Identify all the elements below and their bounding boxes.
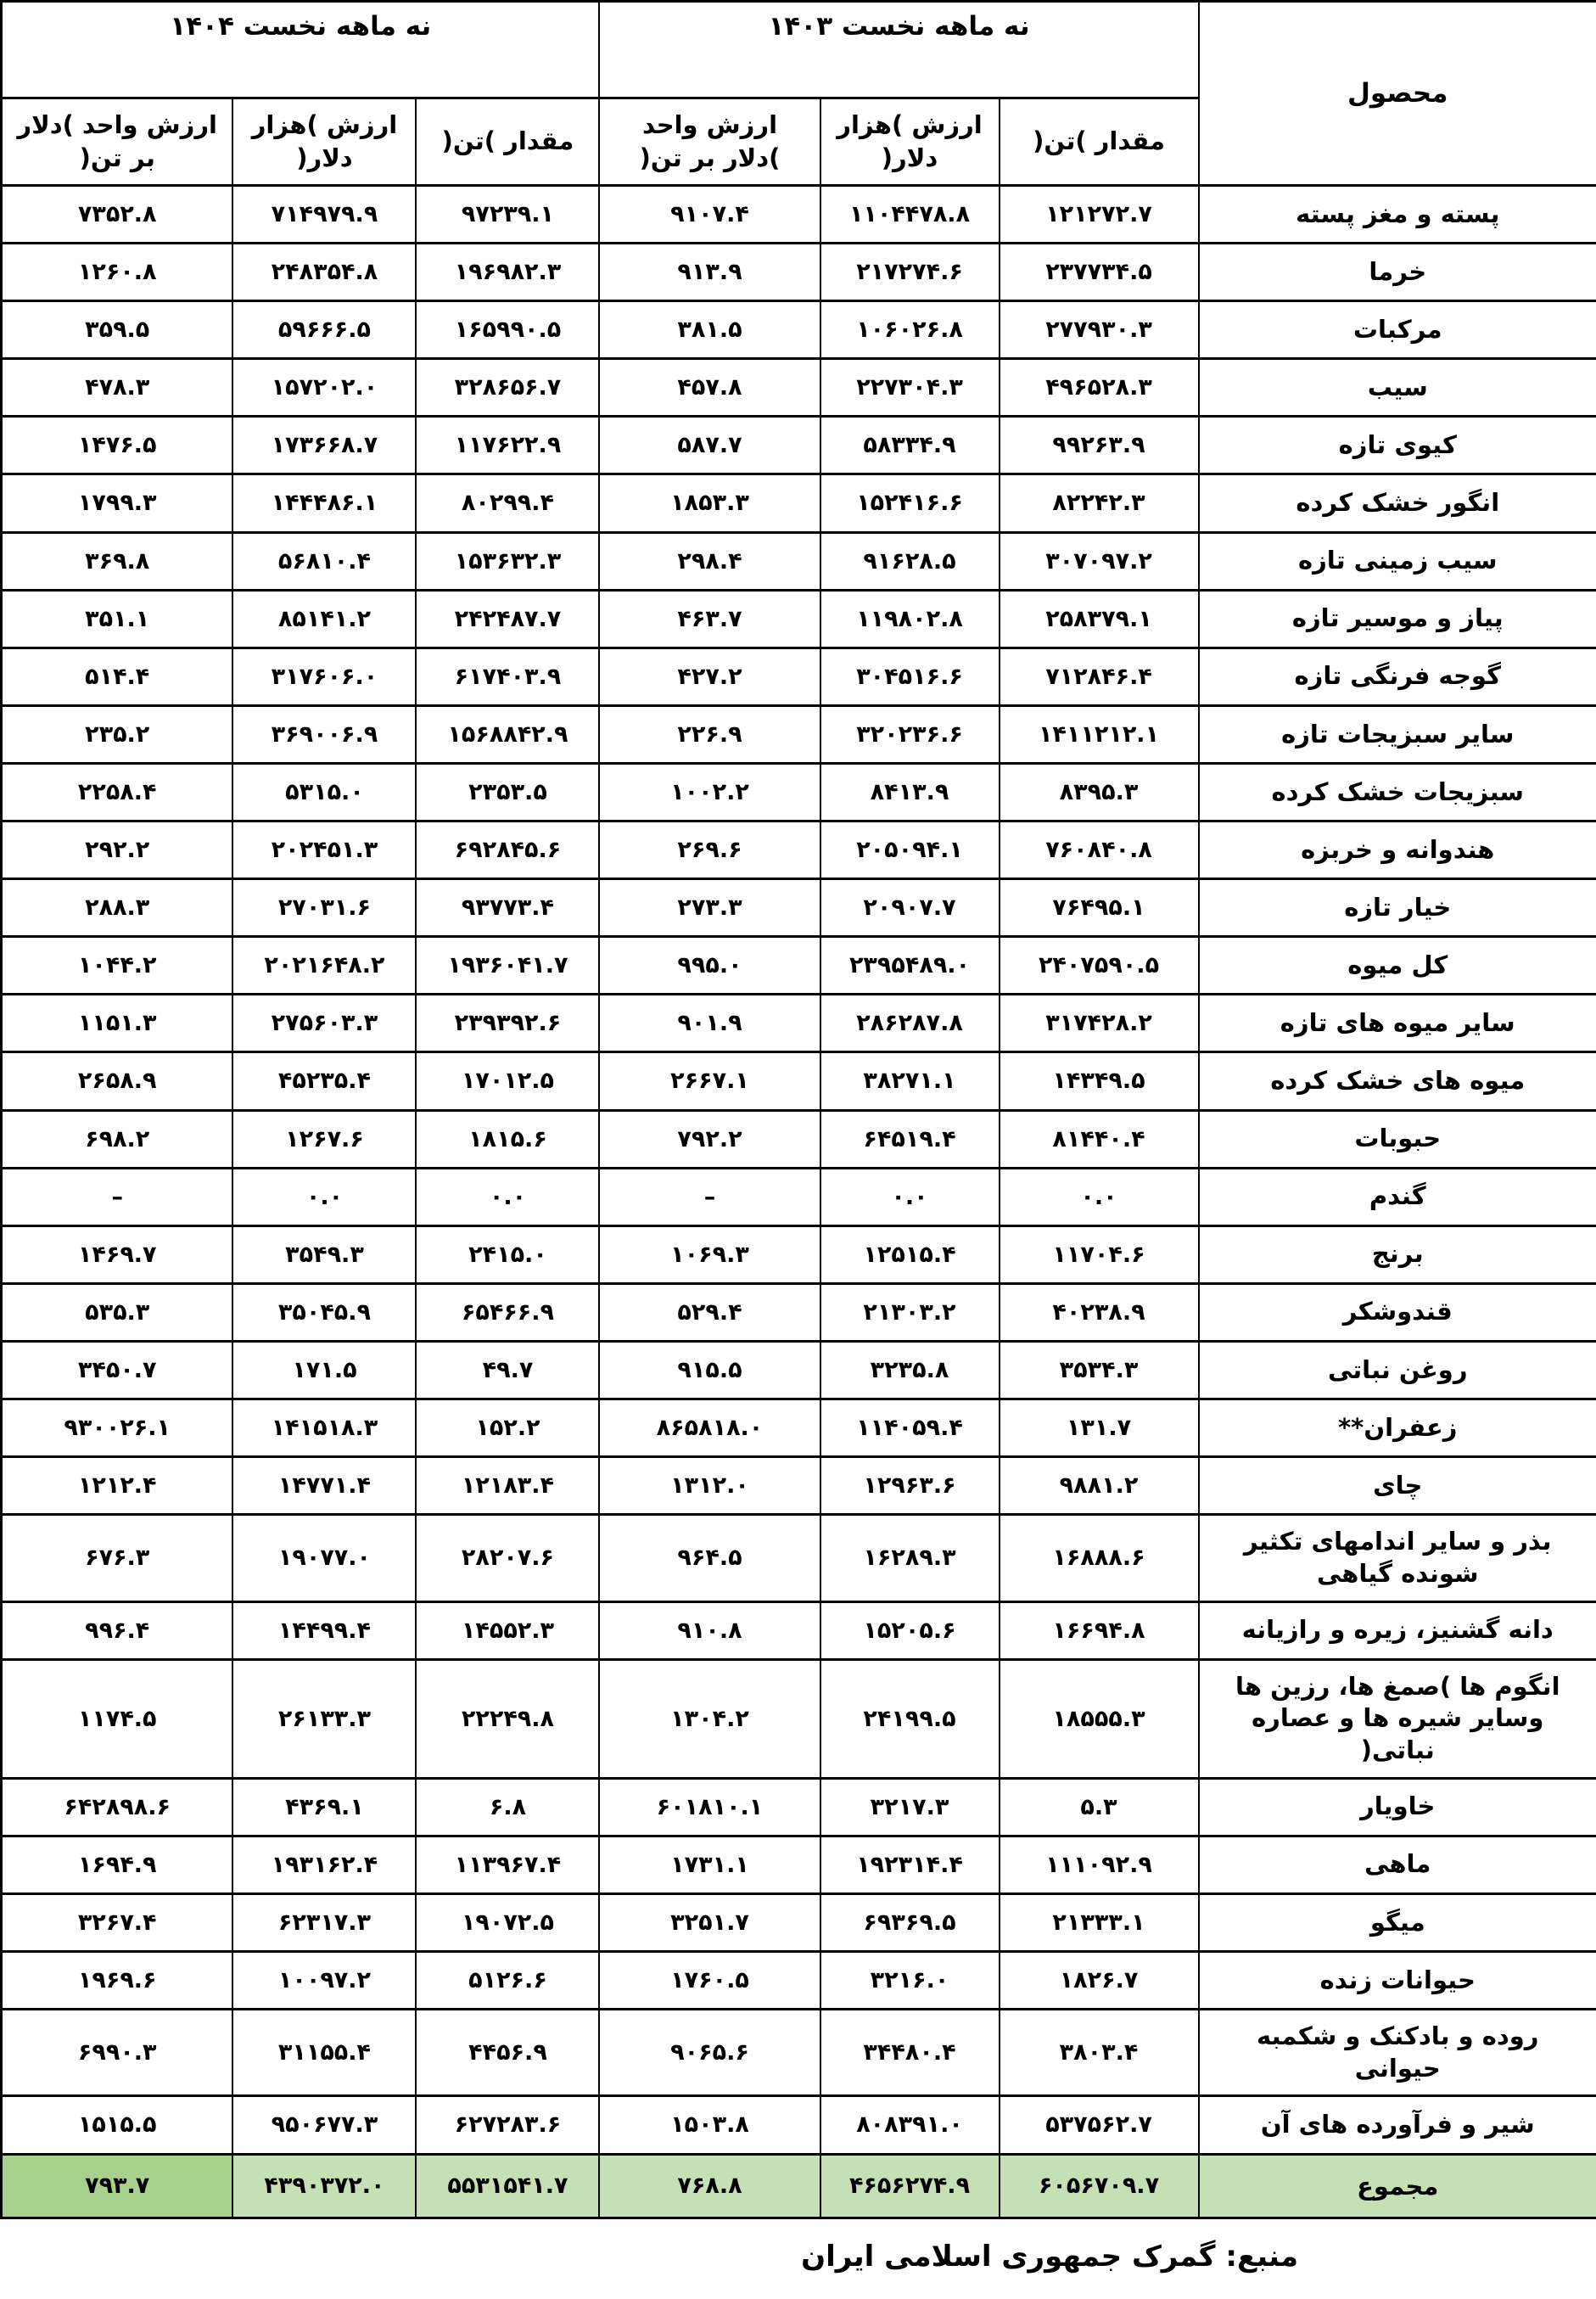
unit-1403-cell: – <box>596 1168 817 1225</box>
qty-1403-cell: ۸۳۹۵.۳ <box>997 763 1196 821</box>
qty-1403-cell: ۸۲۲۴۲.۳ <box>997 474 1196 532</box>
qty-1403-cell: ۱۱۱۰۹۲.۹ <box>997 1836 1196 1893</box>
qty-1403-cell: ۱۴۱۱۲۱۲.۱ <box>997 705 1196 763</box>
table-row: بذر و سایر اندامهای تکثیر شونده گیاهی۱۶۸… <box>0 1515 1595 1601</box>
qty-1404-cell: ۴۴۵۶.۹ <box>413 2010 596 2096</box>
unit-1404-cell: ۹۳۰۰۲۶.۱ <box>0 1399 230 1456</box>
table-row: روده و بادکنک و شکمبه حیوانی۳۸۰۳.۴۳۴۴۸۰.… <box>0 2010 1595 2096</box>
table-row: شیر و فرآورده های آن۵۳۷۵۶۲.۷۸۰۸۳۹۱.۰۱۵۰۳… <box>0 2096 1595 2154</box>
qty-1404-cell: ۴۹.۷ <box>413 1341 596 1399</box>
unit-1404-cell: ۶۹۸.۲ <box>0 1110 230 1168</box>
product-cell: کیوی تازه <box>1196 417 1595 474</box>
unit-1403-cell: ۷۹۲.۲ <box>596 1110 817 1168</box>
total-qty-1403-cell: ۶۰۵۶۷۰۹.۷ <box>997 2154 1196 2218</box>
unit-1404-cell: ۱۲۱۲.۴ <box>0 1457 230 1515</box>
table-footer: مجموع ۶۰۵۶۷۰۹.۷ ۴۶۵۶۲۷۴.۹ ۷۶۸.۸ ۵۵۳۱۵۴۱.… <box>0 2154 1595 2218</box>
table-row: حیوانات زنده۱۸۲۶.۷۳۲۱۶.۰۱۷۶۰.۵۵۱۲۶.۶۱۰۰۹… <box>0 1951 1595 2009</box>
value-1403-cell: ۱۲۹۶۳.۶ <box>818 1457 997 1515</box>
value-1404-cell: ۱۴۴۹۹.۴ <box>230 1601 413 1659</box>
value-1404-cell: ۱۵۷۲۰۲.۰ <box>230 359 413 417</box>
qty-1404-cell: ۲۴۱۵.۰ <box>413 1225 596 1283</box>
unit-1404-cell: ۱۴۶۹.۷ <box>0 1225 230 1283</box>
qty-1404-cell: ۱۱۷۶۲۲.۹ <box>413 417 596 474</box>
qty-1404-cell: ۲۲۲۴۹.۸ <box>413 1659 596 1778</box>
qty-1403-cell: ۴۰۲۳۸.۹ <box>997 1283 1196 1341</box>
unit-1404-cell: ۷۳۵۲.۸ <box>0 186 230 244</box>
product-cell: هندوانه و خربزه <box>1196 821 1595 879</box>
value-1404-cell: ۳۱۱۵۵.۴ <box>230 2010 413 2096</box>
table-row: پیاز و موسیر تازه۲۵۸۳۷۹.۱۱۱۹۸۰۲.۸۴۶۳.۷۲۴… <box>0 590 1595 648</box>
value-1403-cell: ۳۰۴۵۱۶.۶ <box>818 648 997 705</box>
qty-1403-cell: ۱۶۶۹۴.۸ <box>997 1601 1196 1659</box>
unit-1404-cell: ۶۴۲۸۹۸.۶ <box>0 1778 230 1836</box>
product-cell: برنج <box>1196 1225 1595 1283</box>
value-1403-cell: ۱۵۲۴۱۶.۶ <box>818 474 997 532</box>
unit-1404-cell: ۱۰۴۴.۲ <box>0 937 230 995</box>
qty-1404-cell: ۶۲۷۲۸۳.۶ <box>413 2096 596 2154</box>
product-cell: حبوبات <box>1196 1110 1595 1168</box>
value-1403-cell: ۲۰۵۰۹۴.۱ <box>818 821 997 879</box>
table-row: ماهی۱۱۱۰۹۲.۹۱۹۲۳۱۴.۴۱۷۳۱.۱۱۱۳۹۶۷.۴۱۹۳۱۶۲… <box>0 1836 1595 1893</box>
qty-1404-cell: ۱۷۰۱۲.۵ <box>413 1052 596 1110</box>
qty-1403-cell: ۳۱۷۴۲۸.۲ <box>997 995 1196 1052</box>
unit-1404-cell: ۲۶۵۸.۹ <box>0 1052 230 1110</box>
value-1403-cell: ۳۸۲۷۱.۱ <box>818 1052 997 1110</box>
qty-1403-cell: ۳۵۳۴.۳ <box>997 1341 1196 1399</box>
product-cell: سایر سبزیجات تازه <box>1196 705 1595 763</box>
unit-1404-cell: ۶۷۶.۳ <box>0 1515 230 1601</box>
product-cell: پیاز و موسیر تازه <box>1196 590 1595 648</box>
qty-1404-cell: ۱۶۵۹۹۰.۵ <box>413 301 596 359</box>
qty-1404-cell: ۹۳۷۷۳.۴ <box>413 879 596 937</box>
unit-1403-cell: ۴۵۷.۸ <box>596 359 817 417</box>
qty-1404-cell: ۱۵۲.۲ <box>413 1399 596 1456</box>
value-1403-cell: ۱۱۹۸۰۲.۸ <box>818 590 997 648</box>
unit-1404-cell: ۳۴۵۰.۷ <box>0 1341 230 1399</box>
export-table: محصول نه ماهه نخست ۱۴۰۳ نه ماهه نخست ۱۴۰… <box>0 0 1596 2219</box>
product-cell: سبزیجات خشک کرده <box>1196 763 1595 821</box>
qty-1404-cell: ۱۲۱۸۳.۴ <box>413 1457 596 1515</box>
unit-1404-header: ارزش واحد )دلار بر تن( <box>0 98 230 186</box>
product-cell: سایر میوه های تازه <box>1196 995 1595 1052</box>
value-1403-cell: ۸۰۸۳۹۱.۰ <box>818 2096 997 2154</box>
product-cell: گوجه فرنگی تازه <box>1196 648 1595 705</box>
product-cell: زعفران** <box>1196 1399 1595 1456</box>
product-cell: چای <box>1196 1457 1595 1515</box>
value-1404-cell: ۱۷۳۶۶۸.۷ <box>230 417 413 474</box>
table-row: دانه گشنیز، زیره و رازیانه۱۶۶۹۴.۸۱۵۲۰۵.۶… <box>0 1601 1595 1659</box>
qty-1404-cell: ۶۱۷۴۰۳.۹ <box>413 648 596 705</box>
product-cell: کل میوه <box>1196 937 1595 995</box>
qty-1403-cell: ۷۱۲۸۴۶.۴ <box>997 648 1196 705</box>
unit-1404-cell: ۱۵۱۵.۵ <box>0 2096 230 2154</box>
qty-1403-cell: ۱۸۵۵۵.۳ <box>997 1659 1196 1778</box>
value-1404-cell: ۱۷۱.۵ <box>230 1341 413 1399</box>
value-1403-cell: ۱۲۵۱۵.۴ <box>818 1225 997 1283</box>
unit-1404-cell: ۶۹۹۰.۳ <box>0 2010 230 2096</box>
document-page: محصول نه ماهه نخست ۱۴۰۳ نه ماهه نخست ۱۴۰… <box>0 0 1596 2299</box>
unit-1403-cell: ۴۲۷.۲ <box>596 648 817 705</box>
total-unit-1404-cell: ۷۹۳.۷ <box>0 2154 230 2218</box>
qty-1403-cell: ۱۳۱.۷ <box>997 1399 1196 1456</box>
qty-1403-cell: ۷۶۰۸۴۰.۸ <box>997 821 1196 879</box>
product-cell: روده و بادکنک و شکمبه حیوانی <box>1196 2010 1595 2096</box>
table-row: خاویار۵.۳۳۲۱۷.۳۶۰۱۸۱۰.۱۶.۸۴۳۶۹.۱۶۴۲۸۹۸.۶ <box>0 1778 1595 1836</box>
unit-1403-cell: ۵۲۹.۴ <box>596 1283 817 1341</box>
unit-1404-cell: ۱۲۶۰.۸ <box>0 244 230 301</box>
unit-1403-cell: ۶۰۱۸۱۰.۱ <box>596 1778 817 1836</box>
value-1403-cell: ۵۸۳۳۴.۹ <box>818 417 997 474</box>
value-1403-cell: ۳۲۰۲۳۶.۶ <box>818 705 997 763</box>
table-row: مرکبات۲۷۷۹۳۰.۳۱۰۶۰۲۶.۸۳۸۱.۵۱۶۵۹۹۰.۵۵۹۶۶۶… <box>0 301 1595 359</box>
value-1404-cell: ۰.۰ <box>230 1168 413 1225</box>
table-row: چای۹۸۸۱.۲۱۲۹۶۳.۶۱۳۱۲.۰۱۲۱۸۳.۴۱۴۷۷۱.۴۱۲۱۲… <box>0 1457 1595 1515</box>
product-cell: حیوانات زنده <box>1196 1951 1595 2009</box>
unit-1404-cell: ۳۲۶۷.۴ <box>0 1893 230 1951</box>
unit-1403-cell: ۹۱۵.۵ <box>596 1341 817 1399</box>
product-cell: سیب زمینی تازه <box>1196 532 1595 590</box>
qty-1404-cell: ۲۴۲۴۸۷.۷ <box>413 590 596 648</box>
value-1404-cell: ۳۱۷۶۰۶.۰ <box>230 648 413 705</box>
unit-1403-cell: ۲۹۸.۴ <box>596 532 817 590</box>
value-1404-cell: ۳۵۰۴۵.۹ <box>230 1283 413 1341</box>
qty-1404-cell: ۰.۰ <box>413 1168 596 1225</box>
value-1403-cell: ۳۲۱۶.۰ <box>818 1951 997 2009</box>
unit-1404-cell: ۱۱۵۱.۳ <box>0 995 230 1052</box>
value-1403-cell: ۸۴۱۳.۹ <box>818 763 997 821</box>
table-row: سایر میوه های تازه۳۱۷۴۲۸.۲۲۸۶۲۸۷.۸۹۰۱.۹۲… <box>0 995 1595 1052</box>
value-1404-cell: ۵۳۱۵.۰ <box>230 763 413 821</box>
table-row: خرما۲۳۷۷۳۴.۵۲۱۷۲۷۴.۶۹۱۳.۹۱۹۶۹۸۲.۳۲۴۸۳۵۴.… <box>0 244 1595 301</box>
table-body: پسته و مغز پسته۱۲۱۲۷۲.۷۱۱۰۴۴۷۸.۸۹۱۰۷.۴۹۷… <box>0 186 1595 2155</box>
value-1404-cell: ۱۴۷۷۱.۴ <box>230 1457 413 1515</box>
product-cell: گندم <box>1196 1168 1595 1225</box>
product-cell: میگو <box>1196 1893 1595 1951</box>
year-1404-header: نه ماهه نخست ۱۴۰۴ <box>0 2 596 98</box>
product-cell: روغن نباتی <box>1196 1341 1595 1399</box>
unit-1403-cell: ۱۵۰۳.۸ <box>596 2096 817 2154</box>
unit-1403-cell: ۵۸۷.۷ <box>596 417 817 474</box>
unit-1403-cell: ۱۰۶۹.۳ <box>596 1225 817 1283</box>
qty-1404-cell: ۱۵۶۸۸۴۲.۹ <box>413 705 596 763</box>
value-1403-cell: ۶۴۵۱۹.۴ <box>818 1110 997 1168</box>
value-1403-header: ارزش )هزار دلار( <box>818 98 997 186</box>
table-row: روغن نباتی۳۵۳۴.۳۳۲۳۵.۸۹۱۵.۵۴۹.۷۱۷۱.۵۳۴۵۰… <box>0 1341 1595 1399</box>
qty-1404-cell: ۳۲۸۶۵۶.۷ <box>413 359 596 417</box>
unit-1403-cell: ۳۸۱.۵ <box>596 301 817 359</box>
value-1404-cell: ۷۱۴۹۷۹.۹ <box>230 186 413 244</box>
qty-1404-cell: ۱۹۶۹۸۲.۳ <box>413 244 596 301</box>
unit-1404-cell: ۲۸۸.۳ <box>0 879 230 937</box>
value-1403-cell: ۱۱۰۴۴۷۸.۸ <box>818 186 997 244</box>
qty-1404-cell: ۱۹۰۷۲.۵ <box>413 1893 596 1951</box>
unit-1404-cell: ۱۶۹۴.۹ <box>0 1836 230 1893</box>
qty-1404-cell: ۱۵۳۶۳۲.۳ <box>413 532 596 590</box>
total-qty-1404-cell: ۵۵۳۱۵۴۱.۷ <box>413 2154 596 2218</box>
table-row: سیب۴۹۶۵۲۸.۳۲۲۷۳۰۴.۳۴۵۷.۸۳۲۸۶۵۶.۷۱۵۷۲۰۲.۰… <box>0 359 1595 417</box>
unit-1403-cell: ۱۳۱۲.۰ <box>596 1457 817 1515</box>
table-row: پسته و مغز پسته۱۲۱۲۷۲.۷۱۱۰۴۴۷۸.۸۹۱۰۷.۴۹۷… <box>0 186 1595 244</box>
qty-1404-cell: ۶۹۲۸۴۵.۶ <box>413 821 596 879</box>
value-1404-cell: ۴۳۶۹.۱ <box>230 1778 413 1836</box>
value-1403-cell: ۱۱۴۰۵۹.۴ <box>818 1399 997 1456</box>
qty-1404-cell: ۶۵۴۶۶.۹ <box>413 1283 596 1341</box>
value-1404-cell: ۹۵۰۶۷۷.۳ <box>230 2096 413 2154</box>
product-cell: پسته و مغز پسته <box>1196 186 1595 244</box>
value-1403-cell: ۱۶۲۸۹.۳ <box>818 1515 997 1601</box>
table-row: کیوی تازه۹۹۲۶۳.۹۵۸۳۳۴.۹۵۸۷.۷۱۱۷۶۲۲.۹۱۷۳۶… <box>0 417 1595 474</box>
unit-1403-cell: ۸۶۵۸۱۸.۰ <box>596 1399 817 1456</box>
value-1404-cell: ۱۴۴۴۸۶.۱ <box>230 474 413 532</box>
table-row: هندوانه و خربزه۷۶۰۸۴۰.۸۲۰۵۰۹۴.۱۲۶۹.۶۶۹۲۸… <box>0 821 1595 879</box>
value-1403-cell: ۶۹۳۶۹.۵ <box>818 1893 997 1951</box>
value-1404-cell: ۲۰۲۱۶۴۸.۲ <box>230 937 413 995</box>
qty-1403-cell: ۲۵۸۳۷۹.۱ <box>997 590 1196 648</box>
unit-1404-cell: – <box>0 1168 230 1225</box>
table-row: برنج۱۱۷۰۴.۶۱۲۵۱۵.۴۱۰۶۹.۳۲۴۱۵.۰۳۵۴۹.۳۱۴۶۹… <box>0 1225 1595 1283</box>
value-1404-cell: ۲۶۱۳۳.۳ <box>230 1659 413 1778</box>
table-row: سبزیجات خشک کرده۸۳۹۵.۳۸۴۱۳.۹۱۰۰۲.۲۲۳۵۳.۵… <box>0 763 1595 821</box>
qty-1404-cell: ۲۳۹۳۹۲.۶ <box>413 995 596 1052</box>
unit-1403-cell: ۹۰۱.۹ <box>596 995 817 1052</box>
product-cell: دانه گشنیز، زیره و رازیانه <box>1196 1601 1595 1659</box>
unit-1403-cell: ۱۳۰۴.۲ <box>596 1659 817 1778</box>
value-1403-cell: ۳۲۳۵.۸ <box>818 1341 997 1399</box>
value-1404-cell: ۲۴۸۳۵۴.۸ <box>230 244 413 301</box>
product-cell: انگور خشک کرده <box>1196 474 1595 532</box>
value-1404-cell: ۲۷۵۶۰۳.۳ <box>230 995 413 1052</box>
value-1403-cell: ۳۴۴۸۰.۴ <box>818 2010 997 2096</box>
value-1404-cell: ۳۶۹۰۰۶.۹ <box>230 705 413 763</box>
unit-1404-cell: ۲۲۵۸.۴ <box>0 763 230 821</box>
unit-1403-cell: ۹۱۰۷.۴ <box>596 186 817 244</box>
product-header: محصول <box>1196 2 1595 186</box>
value-1403-cell: ۲۴۱۹۹.۵ <box>818 1659 997 1778</box>
unit-1403-cell: ۹۰۶۵.۶ <box>596 2010 817 2096</box>
table-row: کل میوه۲۴۰۷۵۹۰.۵۲۳۹۵۴۸۹.۰۹۹۵.۰۱۹۳۶۰۴۱.۷۲… <box>0 937 1595 995</box>
unit-1403-cell: ۳۲۵۱.۷ <box>596 1893 817 1951</box>
value-1403-cell: ۰.۰ <box>818 1168 997 1225</box>
product-cell: ماهی <box>1196 1836 1595 1893</box>
table-header: محصول نه ماهه نخست ۱۴۰۳ نه ماهه نخست ۱۴۰… <box>0 2 1595 186</box>
qty-1403-cell: ۱۸۲۶.۷ <box>997 1951 1196 2009</box>
unit-1403-cell: ۱۰۰۲.۲ <box>596 763 817 821</box>
unit-1403-cell: ۹۱۳.۹ <box>596 244 817 301</box>
value-1404-cell: ۱۰۰۹۷.۲ <box>230 1951 413 2009</box>
value-1404-header: ارزش )هزار دلار( <box>230 98 413 186</box>
total-label-cell: مجموع <box>1196 2154 1595 2218</box>
qty-1403-cell: ۹۹۲۶۳.۹ <box>997 417 1196 474</box>
table-row: سیب زمینی تازه۳۰۷۰۹۷.۲۹۱۶۲۸.۵۲۹۸.۴۱۵۳۶۳۲… <box>0 532 1595 590</box>
unit-1403-cell: ۱۸۵۳.۳ <box>596 474 817 532</box>
product-cell: بذر و سایر اندامهای تکثیر شونده گیاهی <box>1196 1515 1595 1601</box>
value-1404-cell: ۸۵۱۴۱.۲ <box>230 590 413 648</box>
unit-1404-cell: ۲۳۵.۲ <box>0 705 230 763</box>
qty-1404-cell: ۲۳۵۳.۵ <box>413 763 596 821</box>
value-1403-cell: ۲۱۷۲۷۴.۶ <box>818 244 997 301</box>
unit-1403-header: ارزش واحد )دلار بر تن( <box>596 98 817 186</box>
qty-1403-cell: ۱۱۷۰۴.۶ <box>997 1225 1196 1283</box>
product-cell: سیب <box>1196 359 1595 417</box>
qty-1403-cell: ۱۲۱۲۷۲.۷ <box>997 186 1196 244</box>
table-row: زعفران**۱۳۱.۷۱۱۴۰۵۹.۴۸۶۵۸۱۸.۰۱۵۲.۲۱۴۱۵۱۸… <box>0 1399 1595 1456</box>
qty-1404-header: مقدار )تن( <box>413 98 596 186</box>
product-cell: شیر و فرآورده های آن <box>1196 2096 1595 2154</box>
value-1403-cell: ۹۱۶۲۸.۵ <box>818 532 997 590</box>
unit-1403-cell: ۴۶۳.۷ <box>596 590 817 648</box>
value-1404-cell: ۶۲۳۱۷.۳ <box>230 1893 413 1951</box>
qty-1403-cell: ۳۰۷۰۹۷.۲ <box>997 532 1196 590</box>
table-row: خیار تازه۷۶۴۹۵.۱۲۰۹۰۷.۷۲۷۳.۳۹۳۷۷۳.۴۲۷۰۳۱… <box>0 879 1595 937</box>
value-1403-cell: ۲۸۶۲۸۷.۸ <box>818 995 997 1052</box>
qty-1404-cell: ۹۷۲۳۹.۱ <box>413 186 596 244</box>
value-1403-cell: ۱۹۲۳۱۴.۴ <box>818 1836 997 1893</box>
unit-1404-cell: ۴۷۸.۳ <box>0 359 230 417</box>
unit-1403-cell: ۹۹۵.۰ <box>596 937 817 995</box>
value-1404-cell: ۲۰۲۴۵۱.۳ <box>230 821 413 879</box>
table-row: انگوم ها )صمغ ها، رزین ها وسایر شیره ها … <box>0 1659 1595 1778</box>
value-1403-cell: ۲۱۳۰۳.۲ <box>818 1283 997 1341</box>
unit-1404-cell: ۲۹۲.۲ <box>0 821 230 879</box>
qty-1403-cell: ۳۸۰۳.۴ <box>997 2010 1196 2096</box>
unit-1404-cell: ۱۹۶۹.۶ <box>0 1951 230 2009</box>
total-value-1404-cell: ۴۳۹۰۳۷۲.۰ <box>230 2154 413 2218</box>
table-row: گوجه فرنگی تازه۷۱۲۸۴۶.۴۳۰۴۵۱۶.۶۴۲۷.۲۶۱۷۴… <box>0 648 1595 705</box>
product-cell: مرکبات <box>1196 301 1595 359</box>
value-1404-cell: ۴۵۲۳۵.۴ <box>230 1052 413 1110</box>
unit-1403-cell: ۹۱۰.۸ <box>596 1601 817 1659</box>
table-row: گندم۰.۰۰.۰–۰.۰۰.۰– <box>0 1168 1595 1225</box>
table-row: سایر سبزیجات تازه۱۴۱۱۲۱۲.۱۳۲۰۲۳۶.۶۲۲۶.۹۱… <box>0 705 1595 763</box>
table-row: انگور خشک کرده۸۲۲۴۲.۳۱۵۲۴۱۶.۶۱۸۵۳.۳۸۰۲۹۹… <box>0 474 1595 532</box>
unit-1403-cell: ۱۷۶۰.۵ <box>596 1951 817 2009</box>
table-row: میگو۲۱۳۳۳.۱۶۹۳۶۹.۵۳۲۵۱.۷۱۹۰۷۲.۵۶۲۳۱۷.۳۳۲… <box>0 1893 1595 1951</box>
year-1403-header: نه ماهه نخست ۱۴۰۳ <box>596 2 1196 98</box>
unit-1404-cell: ۱۱۷۴.۵ <box>0 1659 230 1778</box>
value-1403-cell: ۲۲۷۳۰۴.۳ <box>818 359 997 417</box>
product-cell: قندوشکر <box>1196 1283 1595 1341</box>
total-row: مجموع ۶۰۵۶۷۰۹.۷ ۴۶۵۶۲۷۴.۹ ۷۶۸.۸ ۵۵۳۱۵۴۱.… <box>0 2154 1595 2218</box>
unit-1403-cell: ۱۷۳۱.۱ <box>596 1836 817 1893</box>
qty-1403-cell: ۸۱۴۴۰.۴ <box>997 1110 1196 1168</box>
unit-1404-cell: ۵۱۴.۴ <box>0 648 230 705</box>
value-1403-cell: ۲۰۹۰۷.۷ <box>818 879 997 937</box>
value-1403-cell: ۳۲۱۷.۳ <box>818 1778 997 1836</box>
qty-1403-cell: ۱۴۳۴۹.۵ <box>997 1052 1196 1110</box>
value-1404-cell: ۱۹۰۷۷.۰ <box>230 1515 413 1601</box>
year-header-row: محصول نه ماهه نخست ۱۴۰۳ نه ماهه نخست ۱۴۰… <box>0 2 1595 98</box>
product-cell: خیار تازه <box>1196 879 1595 937</box>
unit-1403-cell: ۹۶۴.۵ <box>596 1515 817 1601</box>
value-1404-cell: ۱۴۱۵۱۸.۳ <box>230 1399 413 1456</box>
value-1403-cell: ۲۳۹۵۴۸۹.۰ <box>818 937 997 995</box>
qty-1404-cell: ۱۸۱۵.۶ <box>413 1110 596 1168</box>
unit-1404-cell: ۵۳۵.۳ <box>0 1283 230 1341</box>
qty-1404-cell: ۸۰۲۹۹.۴ <box>413 474 596 532</box>
value-1404-cell: ۵۶۸۱۰.۴ <box>230 532 413 590</box>
qty-1403-cell: ۲۱۳۳۳.۱ <box>997 1893 1196 1951</box>
table-row: میوه های خشک کرده۱۴۳۴۹.۵۳۸۲۷۱.۱۲۶۶۷.۱۱۷۰… <box>0 1052 1595 1110</box>
unit-1404-cell: ۳۵۱.۱ <box>0 590 230 648</box>
qty-1403-cell: ۹۸۸۱.۲ <box>997 1457 1196 1515</box>
total-unit-1403-cell: ۷۶۸.۸ <box>596 2154 817 2218</box>
product-cell: خاویار <box>1196 1778 1595 1836</box>
unit-1403-cell: ۲۶۹.۶ <box>596 821 817 879</box>
qty-1403-cell: ۲۳۷۷۳۴.۵ <box>997 244 1196 301</box>
total-value-1403-cell: ۴۶۵۶۲۷۴.۹ <box>818 2154 997 2218</box>
table-row: قندوشکر۴۰۲۳۸.۹۲۱۳۰۳.۲۵۲۹.۴۶۵۴۶۶.۹۳۵۰۴۵.۹… <box>0 1283 1595 1341</box>
unit-1403-cell: ۲۲۶.۹ <box>596 705 817 763</box>
product-cell: انگوم ها )صمغ ها، رزین ها وسایر شیره ها … <box>1196 1659 1595 1778</box>
qty-1403-cell: ۰.۰ <box>997 1168 1196 1225</box>
unit-1404-cell: ۹۹۶.۴ <box>0 1601 230 1659</box>
unit-1404-cell: ۱۷۹۹.۳ <box>0 474 230 532</box>
product-cell: میوه های خشک کرده <box>1196 1052 1595 1110</box>
qty-1403-cell: ۴۹۶۵۲۸.۳ <box>997 359 1196 417</box>
source-note: منبع: گمرک جمهوری اسلامی ایران <box>0 2219 1596 2299</box>
unit-1403-cell: ۲۷۳.۳ <box>596 879 817 937</box>
value-1404-cell: ۲۷۰۳۱.۶ <box>230 879 413 937</box>
qty-1404-cell: ۶.۸ <box>413 1778 596 1836</box>
qty-1404-cell: ۱۹۳۶۰۴۱.۷ <box>413 937 596 995</box>
qty-1404-cell: ۵۱۲۶.۶ <box>413 1951 596 2009</box>
value-1403-cell: ۱۰۶۰۲۶.۸ <box>818 301 997 359</box>
value-1404-cell: ۱۹۳۱۶۲.۴ <box>230 1836 413 1893</box>
table-row: حبوبات۸۱۴۴۰.۴۶۴۵۱۹.۴۷۹۲.۲۱۸۱۵.۶۱۲۶۷.۶۶۹۸… <box>0 1110 1595 1168</box>
qty-1403-cell: ۷۶۴۹۵.۱ <box>997 879 1196 937</box>
unit-1403-cell: ۲۶۶۷.۱ <box>596 1052 817 1110</box>
qty-1403-header: مقدار )تن( <box>997 98 1196 186</box>
value-1404-cell: ۱۲۶۷.۶ <box>230 1110 413 1168</box>
qty-1404-cell: ۱۴۵۵۲.۳ <box>413 1601 596 1659</box>
value-1403-cell: ۱۵۲۰۵.۶ <box>818 1601 997 1659</box>
qty-1403-cell: ۱۶۸۸۸.۶ <box>997 1515 1196 1601</box>
unit-1404-cell: ۳۵۹.۵ <box>0 301 230 359</box>
qty-1403-cell: ۵.۳ <box>997 1778 1196 1836</box>
unit-1404-cell: ۱۴۷۶.۵ <box>0 417 230 474</box>
value-1404-cell: ۵۹۶۶۶.۵ <box>230 301 413 359</box>
value-1404-cell: ۳۵۴۹.۳ <box>230 1225 413 1283</box>
product-cell: خرما <box>1196 244 1595 301</box>
qty-1404-cell: ۲۸۲۰۷.۶ <box>413 1515 596 1601</box>
qty-1403-cell: ۲۴۰۷۵۹۰.۵ <box>997 937 1196 995</box>
qty-1403-cell: ۵۳۷۵۶۲.۷ <box>997 2096 1196 2154</box>
unit-1404-cell: ۳۶۹.۸ <box>0 532 230 590</box>
qty-1403-cell: ۲۷۷۹۳۰.۳ <box>997 301 1196 359</box>
qty-1404-cell: ۱۱۳۹۶۷.۴ <box>413 1836 596 1893</box>
